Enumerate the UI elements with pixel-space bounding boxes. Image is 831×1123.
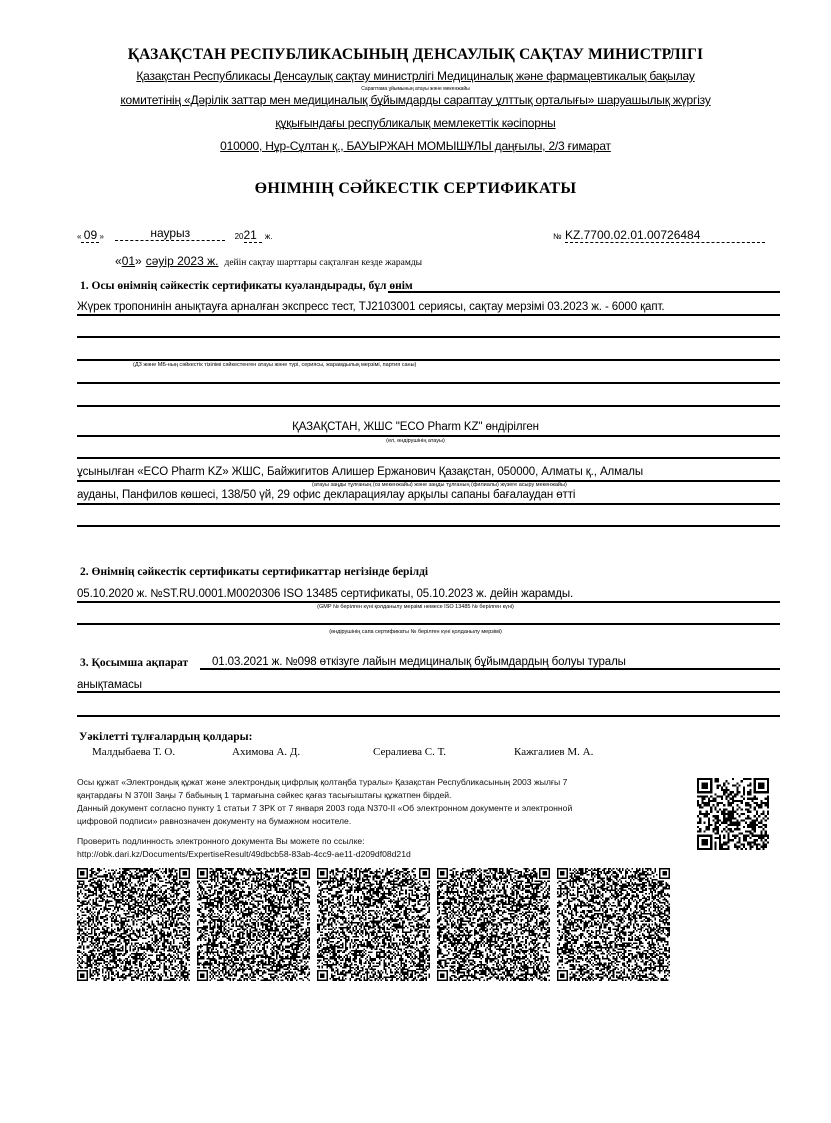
organization-caption: Сараптама ұйымының атауы және мекенжайы	[0, 86, 831, 92]
signature-qr-code-3	[317, 868, 430, 981]
product-rule-2	[77, 336, 780, 338]
quality-caption: (өндірушінің сапа сертификаты № берілген…	[0, 629, 831, 635]
organization-name-line-2: комитетінің «Дәрілік заттар мен медицина…	[0, 93, 831, 107]
certificate-number-value: KZ.7700.02.01.00726484	[565, 228, 765, 243]
additional-info-rule-2	[77, 691, 780, 693]
legal-notice-kz: Осы құжат «Электрондық құжат және электр…	[77, 776, 567, 801]
legal-kz-line-1: Осы құжат «Электрондық құжат және электр…	[77, 776, 567, 789]
issue-day-close: »	[99, 232, 103, 241]
applicant-rule-top	[77, 457, 780, 459]
product-rule-1	[77, 314, 780, 316]
organization-name-line-3: құқығындағы республикалық мемлекеттік кә…	[0, 116, 831, 130]
basis-rule-1	[77, 601, 780, 603]
applicant-rule-2	[77, 503, 780, 505]
signatory-4: Кажгалиев М. А.	[514, 746, 593, 758]
signatory-2: Ахимова А. Д.	[232, 746, 300, 758]
valid-close: »	[135, 254, 142, 268]
signature-qr-code-1	[77, 868, 190, 981]
verification-block: Проверить подлинность электронного докум…	[77, 835, 411, 860]
applicant-line-2: ауданы, Панфилов көшесі, 138/50 үй, 29 о…	[77, 489, 575, 501]
additional-info-rule-1	[200, 668, 780, 670]
signatory-3: Сералиева С. Т.	[373, 746, 446, 758]
legal-ru-line-1: Данный документ согласно пункту 1 статьи…	[77, 802, 572, 815]
section-1-heading: 1. Осы өнімнің сәйкестік сертификаты куә…	[80, 280, 413, 292]
manufacturer-rule	[77, 435, 780, 437]
issue-year-suffix: 21	[244, 228, 262, 243]
valid-day: 01	[122, 254, 135, 268]
certificate-basis: 05.10.2020 ж. №ST.RU.0001.M0020306 ISO 1…	[77, 588, 573, 600]
product-rule-5	[77, 405, 780, 407]
issue-year-prefix: 20	[235, 232, 244, 241]
issue-year-unit: ж.	[265, 232, 273, 241]
signature-qr-code-4	[437, 868, 550, 981]
valid-open: «	[115, 254, 122, 268]
organization-address: 010000, Нұр-Сұлтан қ., БАУЫРЖАН МОМЫШҰЛЫ…	[0, 139, 831, 153]
additional-info-line-1: 01.03.2021 ж. №098 өткізуге лайын медици…	[212, 656, 626, 668]
certificate-title: ӨНІМНІҢ СӘЙКЕСТІК СЕРТИФИКАТЫ	[0, 180, 831, 198]
signature-qr-code-2	[197, 868, 310, 981]
number-sign: №	[553, 232, 562, 241]
section-3-heading: 3. Қосымша ақпарат	[80, 657, 188, 669]
manufacturer-caption: (ел, өндірушінің атауы)	[0, 438, 831, 444]
issue-month: наурыз	[115, 226, 225, 241]
validity-text: дейін сақтау шарттары сақталған кезде жа…	[224, 258, 422, 268]
valid-month-year: сәуір 2023 ж.	[146, 254, 219, 268]
issue-day: 09	[81, 228, 99, 243]
basis-rule-2	[77, 623, 780, 625]
organization-name-line-1: Қазақстан Республикасы Денсаулық сақтау …	[0, 69, 831, 83]
basis-caption: (GMP № берілген күні қолданылу мерзімі н…	[0, 604, 831, 610]
issue-date: «09» наурыз 2021 ж.	[77, 228, 272, 243]
verification-text: Проверить подлинность электронного докум…	[77, 835, 411, 848]
product-rule-4	[77, 382, 780, 384]
section-2-heading: 2. Өнімнің сәйкестік сертификаты сертифи…	[80, 566, 428, 578]
ministry-title: ҚАЗАҚСТАН РЕСПУБЛИКАСЫНЫҢ ДЕНСАУЛЫҚ САҚТ…	[0, 46, 831, 64]
product-description: Жүрек тропонинін анықтауға арналған эксп…	[77, 301, 664, 313]
legal-notice-ru: Данный документ согласно пункту 1 статьи…	[77, 802, 572, 827]
product-caption: (ДЗ және МБ-ның сәйкестік тізілімі сәйке…	[133, 362, 416, 368]
additional-info-line-2: анықтамасы	[77, 679, 142, 691]
product-rule-3	[77, 359, 780, 361]
manufacturer: ҚАЗАҚСТАН, ЖШС "ECO Pharm KZ" өндірілген	[0, 421, 831, 433]
verification-url[interactable]: http://obk.dari.kz/Documents/ExpertiseRe…	[77, 848, 411, 861]
verification-qr-code-icon	[697, 778, 769, 850]
certificate-number: № KZ.7700.02.01.00726484	[553, 228, 765, 243]
applicant-rule-3	[77, 525, 780, 527]
signatures-heading: Уәкілетті тұлғалардың қолдары:	[79, 731, 252, 743]
legal-kz-line-2: қаңтардағы N 370II Заңы 7 бабының 1 тарм…	[77, 789, 567, 802]
signature-qr-code-5	[557, 868, 670, 981]
applicant-line-1: ұсынылған «ECO Pharm KZ» ЖШС, Байжигитов…	[77, 466, 643, 478]
legal-ru-line-2: цифровой подписи» равнозначен документу …	[77, 815, 572, 828]
section-1-heading-rule	[388, 291, 780, 293]
signatory-1: Малдыбаева Т. О.	[92, 746, 175, 758]
additional-info-rule-3	[77, 715, 780, 717]
validity-line: «01» сәуір 2023 ж. дейін сақтау шарттары…	[115, 252, 422, 270]
applicant-caption: (атауы заңды тұлғаның (оз мекенжайы) жән…	[312, 482, 567, 488]
